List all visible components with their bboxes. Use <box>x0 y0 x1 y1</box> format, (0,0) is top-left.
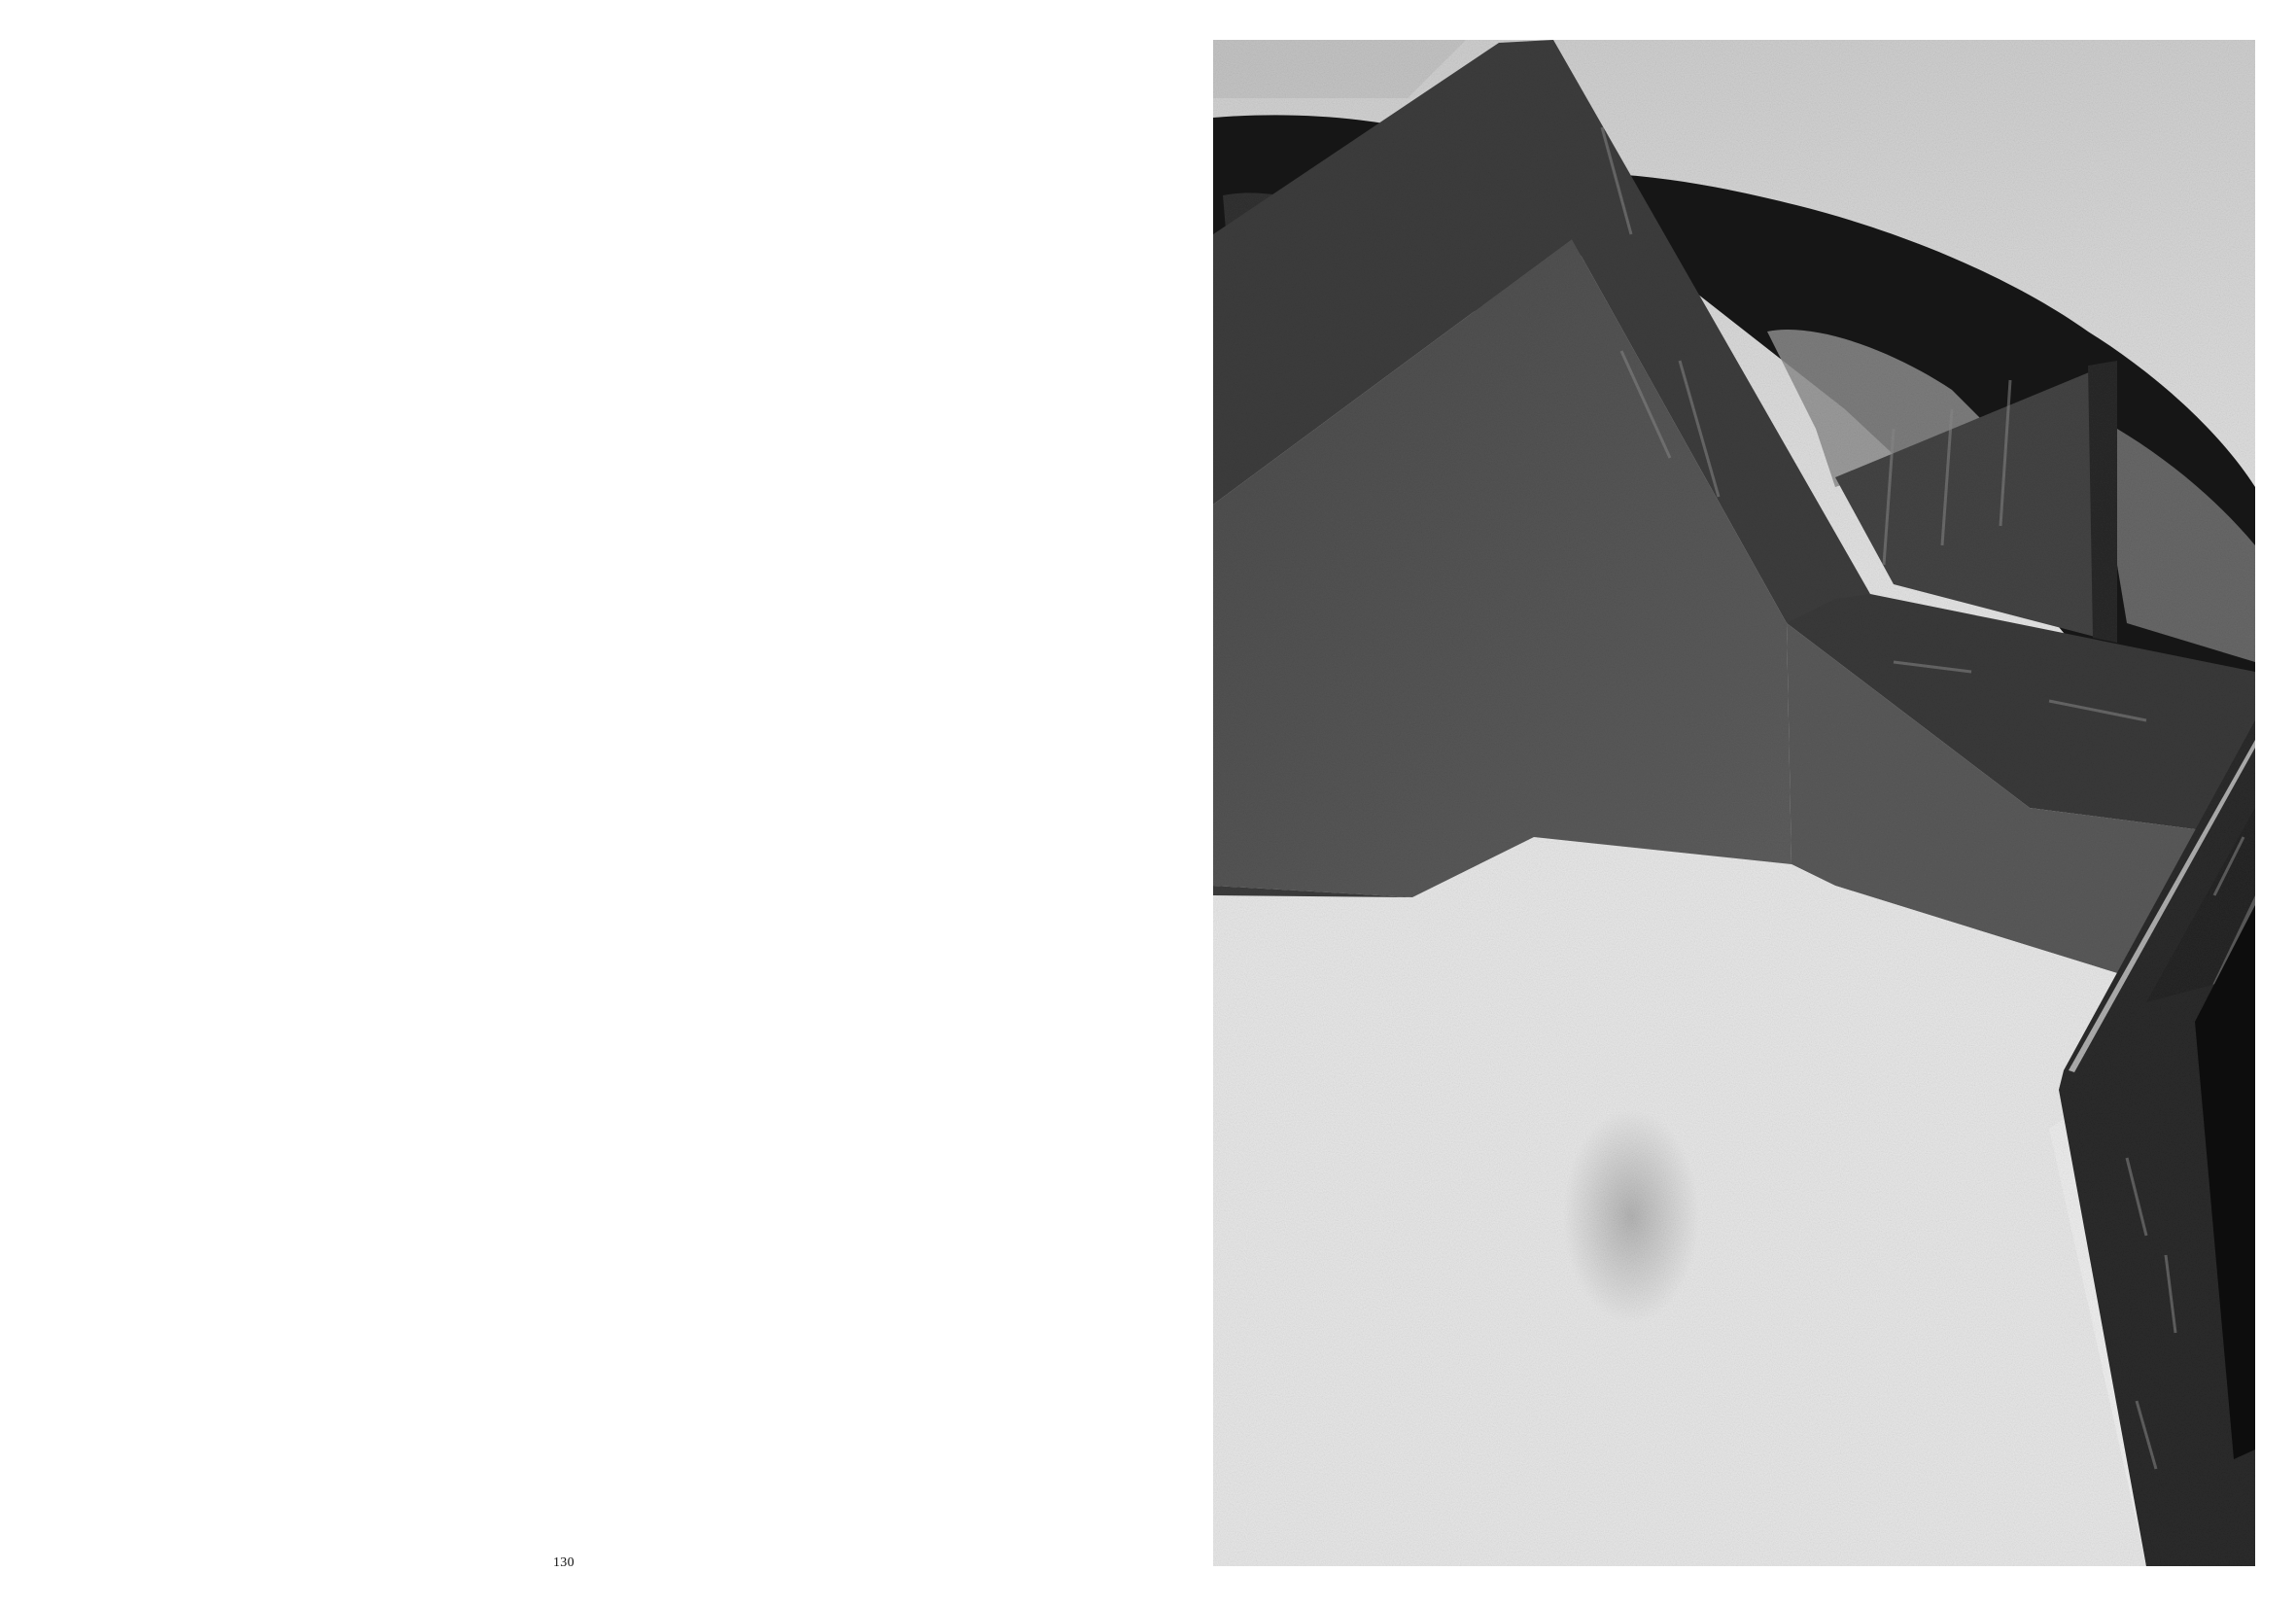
photo-illustration <box>1213 40 2255 1566</box>
architectural-photograph <box>1213 40 2255 1566</box>
page-number: 130 <box>553 1555 574 1571</box>
left-page: 130 <box>0 0 1148 1607</box>
